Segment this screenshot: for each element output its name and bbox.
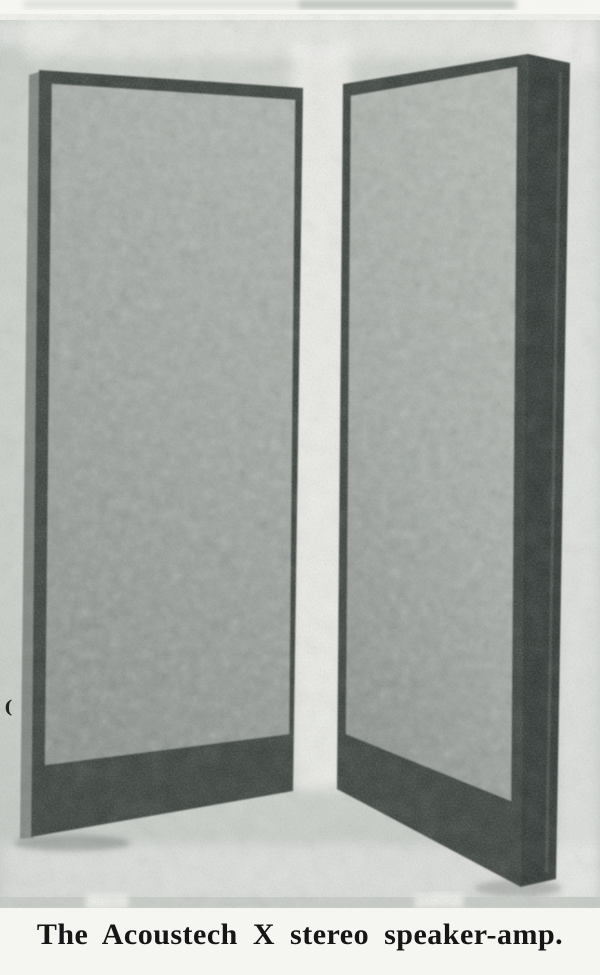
speaker-photo <box>0 0 600 912</box>
photo-caption: The Acoustech X stereo speaker-amp. <box>0 916 600 954</box>
top-edge-smudge <box>24 0 516 9</box>
halftone-blotch <box>0 14 600 908</box>
scanned-page: ( The Acoustech X stereo speaker-amp. <box>0 0 600 975</box>
stray-print-mark: ( <box>4 697 13 718</box>
